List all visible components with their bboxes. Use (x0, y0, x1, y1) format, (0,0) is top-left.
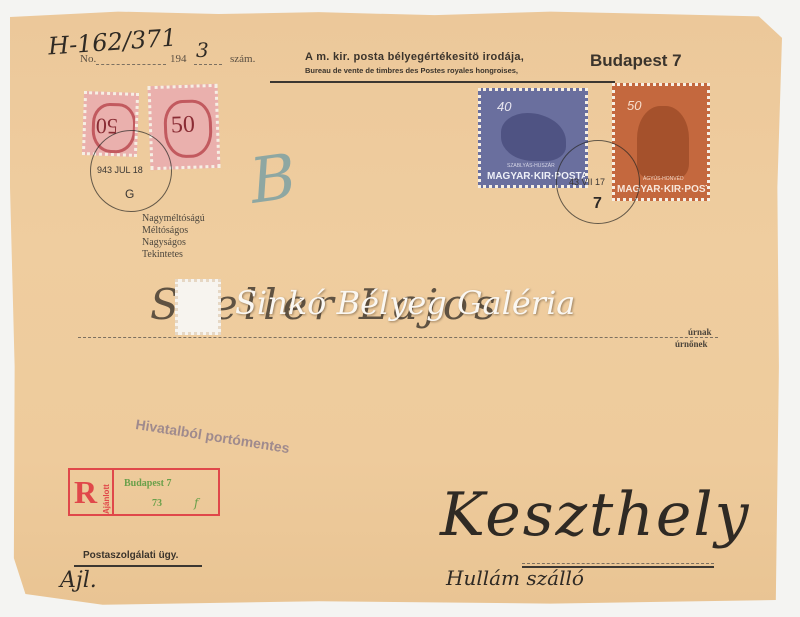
postmark-date: 43 VII 17 (569, 177, 605, 187)
salutation-item: Méltóságos (142, 225, 205, 237)
szam-label: szám. (230, 53, 255, 65)
postmark-number: 7 (593, 195, 602, 213)
registration-office: Budapest 7 (124, 478, 172, 489)
registration-label: R Ajánlott Budapest 7 73 f (68, 468, 220, 516)
stamp-caption: ÁGYÚS-HONVÉD (643, 176, 684, 182)
office-title-hu: A m. kir. posta bélyegértékesitö irodája… (305, 51, 524, 63)
registration-suffix: f (194, 496, 198, 510)
city-dashline (522, 563, 714, 564)
number-label: No. (80, 53, 96, 65)
city-handwritten: Keszthely (440, 480, 750, 550)
year-dashline (194, 64, 222, 65)
postmark-letter: G (125, 187, 134, 201)
right-postmark: 43 VII 17 7 (556, 140, 640, 224)
office-city: Budapest 7 (590, 51, 682, 71)
registration-divider (112, 470, 114, 514)
stamp-illustration (637, 106, 689, 178)
registration-ajanlott: Ajánlott (102, 484, 111, 514)
year-prefix: 194 (170, 53, 187, 65)
header-rule (270, 81, 615, 83)
stamp-value: 40 (497, 99, 511, 114)
number-dashline (96, 64, 166, 65)
street-handwritten: Hullám szálló (446, 566, 584, 590)
signature-handwritten: Ajl. (60, 568, 97, 593)
blue-pencil-mark: B (248, 138, 298, 219)
salutation-item: Nagyságos (142, 237, 205, 249)
recipient-suffix-urnak: úrnak (688, 327, 712, 337)
recipient-dashline (78, 337, 718, 338)
salutation-item: Tekintetes (142, 249, 205, 261)
registration-letter: R (74, 474, 97, 511)
registration-number: 73 (152, 498, 162, 509)
postmark-date: 943 JUL 18 (97, 165, 143, 175)
footer-rule (74, 565, 202, 567)
salutation-item: Nagyméltóságú (142, 213, 205, 225)
stamp-caption: SZABLYÁS-HUSZÁR (507, 163, 555, 169)
stamp-value: 50 (170, 112, 195, 140)
postal-service-label: Postaszolgálati ügy. (83, 550, 178, 561)
left-postmark: 943 JUL 18 G (90, 130, 172, 212)
stamp-value: 50 (627, 98, 641, 113)
office-title-fr: Bureau de vente de timbres des Postes ro… (305, 66, 518, 75)
recipient-suffix-urnonek: úrnőnek (675, 339, 708, 349)
year-digit: 3 (196, 38, 209, 62)
salutation-list: Nagyméltóságú Méltóságos Nagyságos Tekin… (142, 213, 205, 261)
stamp-illustration (501, 113, 566, 161)
watermark-text: Sinkó Bélyeg Galéria (235, 284, 575, 322)
watermark-stamp-icon (175, 279, 221, 335)
